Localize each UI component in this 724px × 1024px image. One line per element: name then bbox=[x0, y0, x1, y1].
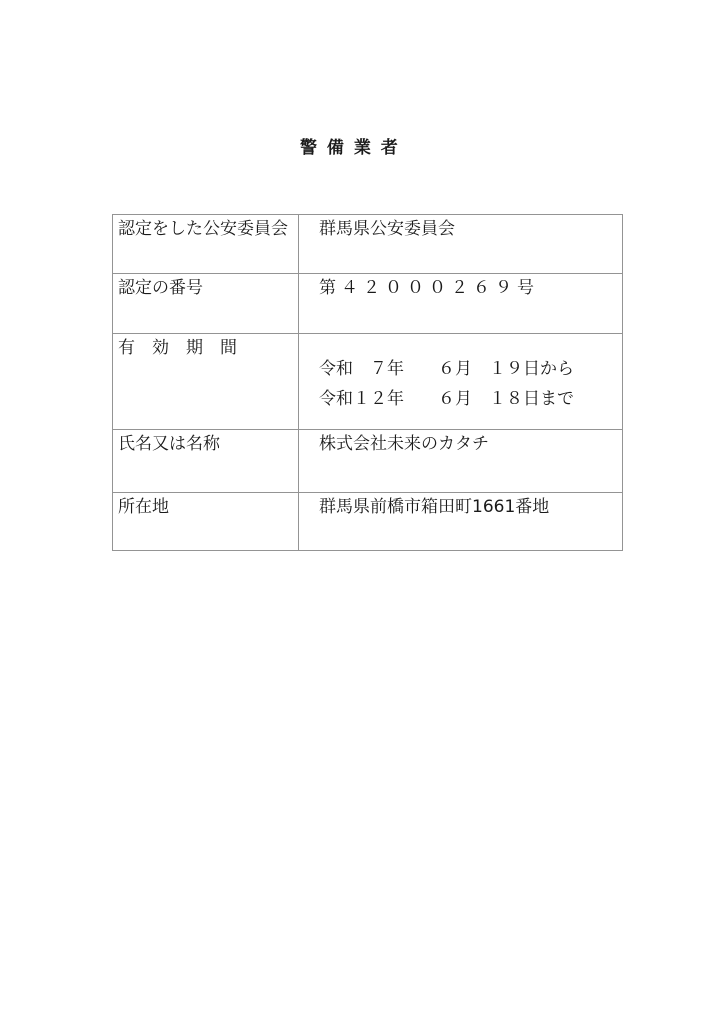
table-row-authority: 認定をした公安委員会 群馬県公安委員会 bbox=[113, 215, 623, 274]
certification-number-label: 認定の番号 bbox=[113, 274, 299, 334]
table-row-certification-number: 認定の番号 第４２０００２６９号 bbox=[113, 274, 623, 334]
validity-period-label: 有 効 期 間 bbox=[113, 334, 299, 430]
table-row-name: 氏名又は名称 株式会社未来のカタチ bbox=[113, 430, 623, 493]
table-row-address: 所在地 群馬県前橋市箱田町1661番地 bbox=[113, 493, 623, 551]
name-value: 株式会社未来のカタチ bbox=[299, 430, 623, 493]
name-label: 氏名又は名称 bbox=[113, 430, 299, 493]
table-row-validity-period: 有 効 期 間 令和 ７年 ６月 １９日から 令和１２年 ６月 １８日まで bbox=[113, 334, 623, 430]
document-page: 警 備 業 者 認定をした公安委員会 群馬県公安委員会 認定の番号 第４２０００… bbox=[0, 0, 724, 1024]
validity-until-date: 令和１２年 ６月 １８日まで bbox=[319, 384, 618, 414]
authority-label: 認定をした公安委員会 bbox=[113, 215, 299, 274]
document-title: 警 備 業 者 bbox=[300, 133, 398, 158]
address-label: 所在地 bbox=[113, 493, 299, 551]
certificate-table: 認定をした公安委員会 群馬県公安委員会 認定の番号 第４２０００２６９号 有 効… bbox=[112, 214, 623, 551]
authority-value: 群馬県公安委員会 bbox=[299, 215, 623, 274]
address-value: 群馬県前橋市箱田町1661番地 bbox=[299, 493, 623, 551]
validity-period-value: 令和 ７年 ６月 １９日から 令和１２年 ６月 １８日まで bbox=[299, 334, 623, 430]
validity-from-date: 令和 ７年 ６月 １９日から bbox=[319, 354, 618, 384]
validity-dates: 令和 ７年 ６月 １９日から 令和１２年 ６月 １８日まで bbox=[319, 354, 618, 414]
certification-number-value: 第４２０００２６９号 bbox=[299, 274, 623, 334]
